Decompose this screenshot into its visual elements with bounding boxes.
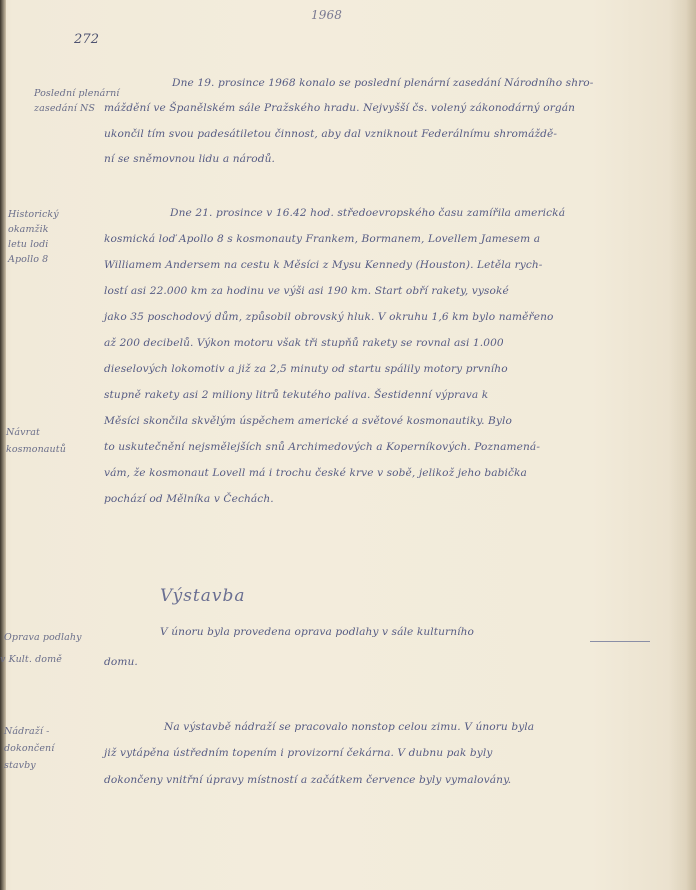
- page-number: 272: [74, 32, 99, 47]
- page-year: 1968: [311, 8, 342, 22]
- margin-note-apollo-2: okamžik: [8, 222, 49, 237]
- handwritten-chronicle-page: 1968 272 Poslední plenární zasedání NS D…: [0, 0, 696, 890]
- entry-2-line-9: Měsíci skončila skvělým úspěchem americk…: [104, 415, 512, 427]
- entry-2-line-12: pochází od Mělníka v Čechách.: [104, 493, 274, 505]
- entry-5-line-3: dokončeny vnitřní úpravy místností a zač…: [104, 774, 511, 786]
- entry-1-line-4: ní se sněmovnou lidu a národů.: [104, 153, 275, 165]
- entry-2-line-11: vám, že kosmonaut Lovell má i trochu čes…: [104, 467, 527, 479]
- margin-note-apollo-1: Historický: [8, 207, 59, 222]
- margin-note-station-1: Nádraží -: [4, 724, 49, 739]
- entry-2-line-5: jako 35 poschodový dům, způsobil obrovsk…: [104, 311, 553, 323]
- section-heading-vystavba: Výstavba: [160, 586, 246, 606]
- entry-5-line-2: již vytápěna ústředním topením i provizo…: [104, 747, 492, 759]
- margin-note-last-plenary-2: zasedání NS: [34, 101, 95, 116]
- entry-4-line-2: domu.: [104, 656, 138, 668]
- entry-2-line-7: dieselových lokomotiv a již za 2,5 minut…: [104, 363, 508, 375]
- margin-note-return-2: kosmonautů: [6, 442, 66, 457]
- margin-note-station-2: dokončení: [4, 741, 54, 756]
- entry-5-line-1: Na výstavbě nádraží se pracovalo nonstop…: [164, 721, 534, 733]
- entry-1-line-2: máždění ve Španělském sále Pražského hra…: [104, 102, 575, 114]
- entry-2-line-1: Dne 21. prosince v 16.42 hod. středoevro…: [170, 207, 565, 219]
- margin-note-apollo-4: Apollo 8: [8, 252, 48, 267]
- entry-2-line-4: lostí asi 22.000 km za hodinu ve výši as…: [104, 285, 509, 297]
- entry-1-line-3: ukončil tím svou padesátiletou činnost, …: [104, 128, 557, 140]
- margin-note-floor-repair-1: Oprava podlahy: [4, 630, 82, 645]
- line-filler-stroke: [590, 641, 650, 642]
- entry-4-line-1: V únoru byla provedena oprava podlahy v …: [160, 626, 474, 638]
- entry-2-line-10: to uskutečnění nejsmělejších snů Archime…: [104, 441, 540, 453]
- margin-note-station-3: stavby: [4, 758, 36, 773]
- margin-note-last-plenary-1: Poslední plenární: [34, 86, 119, 101]
- entry-1-line-1: Dne 19. prosince 1968 konalo se poslední…: [172, 77, 593, 89]
- entry-2-line-2: kosmická loď Apollo 8 s kosmonauty Frank…: [104, 233, 540, 245]
- margin-note-apollo-3: letu lodi: [8, 237, 48, 252]
- entry-2-line-6: až 200 decibelů. Výkon motoru však tři s…: [104, 337, 504, 349]
- margin-note-floor-repair-2: v Kult. domě: [0, 652, 62, 667]
- entry-2-line-8: stupně rakety asi 2 miliony litrů tekuté…: [104, 389, 488, 401]
- margin-note-return-1: Návrat: [6, 425, 40, 440]
- entry-2-line-3: Williamem Andersem na cestu k Měsíci z M…: [104, 259, 543, 271]
